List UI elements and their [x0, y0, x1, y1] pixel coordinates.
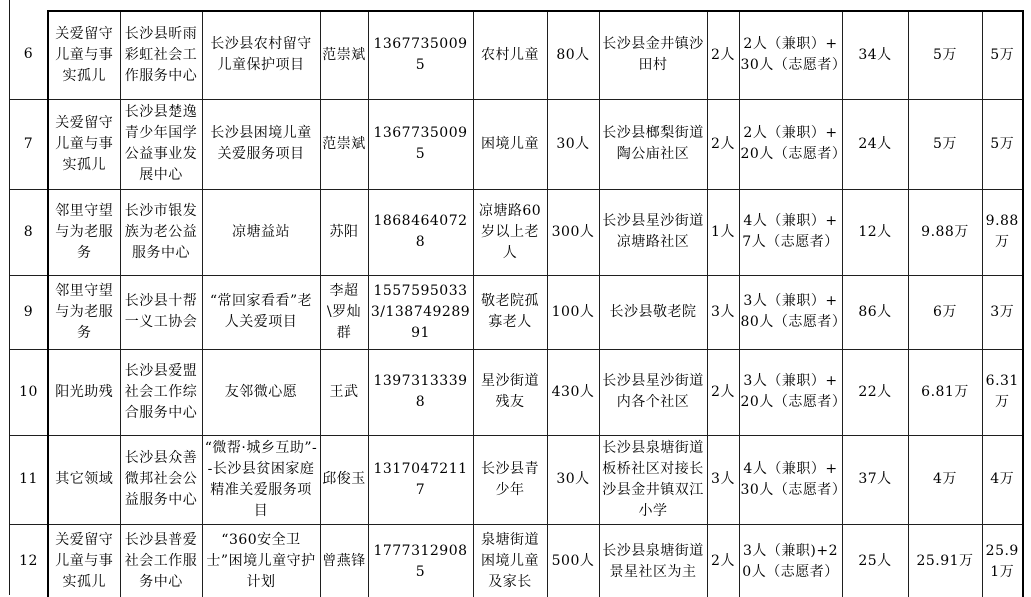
cell-amount-2: 5万	[982, 11, 1023, 99]
cell-fulltime-staff-count: 1人	[707, 189, 739, 275]
cell-organization-name: 长沙市银发族为老公益服务中心	[120, 189, 202, 275]
cell-row-number: 7	[10, 99, 48, 189]
cell-service-location: 长沙县敬老院	[599, 275, 707, 349]
cell-total-staff-count: 24人	[842, 99, 908, 189]
cell-amount-2: 6.31万	[982, 349, 1023, 435]
cell-project-name: “常回家看看”老人关爱项目	[202, 275, 320, 349]
cell-service-category: 关爱留守儿童与事实孤儿	[48, 11, 120, 99]
cell-organization-name: 长沙县十帮一义工协会	[120, 275, 202, 349]
cell-beneficiary-count: 30人	[547, 99, 599, 189]
cell-contact-person: 范崇斌	[320, 11, 368, 99]
cell-fulltime-staff-count: 2人	[707, 524, 739, 597]
cell-contact-phone: 15575950333/13874928991	[368, 275, 473, 349]
cell-row-number: 12	[10, 524, 48, 597]
cell-service-location: 长沙县金井镇沙田村	[599, 11, 707, 99]
cell-amount-1: 5万	[908, 99, 982, 189]
cell-amount-2: 4万	[982, 435, 1023, 524]
cell-amount-1: 9.88万	[908, 189, 982, 275]
cell-beneficiary-count: 100人	[547, 275, 599, 349]
cell-contact-person: 范崇斌	[320, 99, 368, 189]
cell-total-staff-count: 37人	[842, 435, 908, 524]
cell-fulltime-staff-count: 2人	[707, 99, 739, 189]
cell-contact-phone: 13170472117	[368, 435, 473, 524]
cell-total-staff-count: 25人	[842, 524, 908, 597]
table-row: 6关爱留守儿童与事实孤儿长沙县昕雨彩虹社会工作服务中心长沙县农村留守儿童保护项目…	[10, 11, 1023, 99]
cell-service-category: 阳光助残	[48, 349, 120, 435]
cell-target-group: 星沙街道残友	[473, 349, 547, 435]
cell-project-name: 长沙县困境儿童关爱服务项目	[202, 99, 320, 189]
cell-parttime-volunteer-staff: 3人（兼职）+20人（志愿者）	[739, 349, 842, 435]
cell-target-group: 泉塘街道困境儿童及家长	[473, 524, 547, 597]
cell-amount-1: 6.81万	[908, 349, 982, 435]
table-body: 6关爱留守儿童与事实孤儿长沙县昕雨彩虹社会工作服务中心长沙县农村留守儿童保护项目…	[10, 11, 1023, 597]
cell-contact-person: 苏阳	[320, 189, 368, 275]
cell-target-group: 困境儿童	[473, 99, 547, 189]
document-page: 6关爱留守儿童与事实孤儿长沙县昕雨彩虹社会工作服务中心长沙县农村留守儿童保护项目…	[0, 0, 1031, 597]
cell-fulltime-staff-count: 3人	[707, 275, 739, 349]
cell-beneficiary-count: 80人	[547, 11, 599, 99]
table-row: 12关爱留守儿童与事实孤儿长沙县普爱社会工作服务中心“360安全卫士”困境儿童守…	[10, 524, 1023, 597]
cell-row-number: 6	[10, 11, 48, 99]
cell-project-name: “微帮·城乡互助”--长沙县贫困家庭精准关爱服务项目	[202, 435, 320, 524]
cell-target-group: 凉塘路60岁以上老人	[473, 189, 547, 275]
cell-service-location: 长沙县星沙街道内各个社区	[599, 349, 707, 435]
cell-total-staff-count: 22人	[842, 349, 908, 435]
cell-fulltime-staff-count: 2人	[707, 11, 739, 99]
cell-organization-name: 长沙县爱盟社会工作综合服务中心	[120, 349, 202, 435]
cell-total-staff-count: 34人	[842, 11, 908, 99]
cell-row-number: 10	[10, 349, 48, 435]
cell-contact-person: 邱俊玉	[320, 435, 368, 524]
cell-contact-phone: 13677350095	[368, 11, 473, 99]
cell-contact-person: 曾燕锋	[320, 524, 368, 597]
cell-amount-2: 3万	[982, 275, 1023, 349]
cell-target-group: 农村儿童	[473, 11, 547, 99]
cell-row-number: 11	[10, 435, 48, 524]
cell-organization-name: 长沙县昕雨彩虹社会工作服务中心	[120, 11, 202, 99]
cell-contact-phone: 17773129085	[368, 524, 473, 597]
cell-organization-name: 长沙县众善微邦社会公益服务中心	[120, 435, 202, 524]
cell-target-group: 长沙县青少年	[473, 435, 547, 524]
cell-contact-person: 王武	[320, 349, 368, 435]
cell-amount-1: 25.91万	[908, 524, 982, 597]
cell-organization-name: 长沙县楚逸青少年国学公益事业发展中心	[120, 99, 202, 189]
cell-amount-2: 5万	[982, 99, 1023, 189]
cell-total-staff-count: 12人	[842, 189, 908, 275]
cell-parttime-volunteer-staff: 3人（兼职)+20人（志愿者）	[739, 524, 842, 597]
cell-fulltime-staff-count: 3人	[707, 435, 739, 524]
cell-service-location: 长沙县榔梨街道陶公庙社区	[599, 99, 707, 189]
cell-row-number: 8	[10, 189, 48, 275]
service-projects-table: 6关爱留守儿童与事实孤儿长沙县昕雨彩虹社会工作服务中心长沙县农村留守儿童保护项目…	[10, 10, 1024, 597]
cell-amount-1: 6万	[908, 275, 982, 349]
cell-amount-1: 5万	[908, 11, 982, 99]
cell-total-staff-count: 86人	[842, 275, 908, 349]
cell-amount-2: 9.88万	[982, 189, 1023, 275]
cell-service-location: 长沙县星沙街道凉塘路社区	[599, 189, 707, 275]
cell-service-category: 邻里守望与为老服务	[48, 189, 120, 275]
cell-contact-phone: 13677350095	[368, 99, 473, 189]
cell-parttime-volunteer-staff: 4人（兼职）+30人（志愿者）	[739, 435, 842, 524]
cell-service-category: 关爱留守儿童与事实孤儿	[48, 524, 120, 597]
cell-parttime-volunteer-staff: 3人（兼职）+80人（志愿者）	[739, 275, 842, 349]
cell-service-category: 邻里守望与为老服务	[48, 275, 120, 349]
cell-project-name: 长沙县农村留守儿童保护项目	[202, 11, 320, 99]
table-row: 10阳光助残长沙县爱盟社会工作综合服务中心友邻微心愿王武13973133398星…	[10, 349, 1023, 435]
cell-project-name: 友邻微心愿	[202, 349, 320, 435]
cell-contact-person: 李超\罗灿群	[320, 275, 368, 349]
cell-beneficiary-count: 300人	[547, 189, 599, 275]
cell-contact-phone: 13973133398	[368, 349, 473, 435]
cell-amount-1: 4万	[908, 435, 982, 524]
cell-project-name: 凉塘益站	[202, 189, 320, 275]
table-row: 7关爱留守儿童与事实孤儿长沙县楚逸青少年国学公益事业发展中心长沙县困境儿童关爱服…	[10, 99, 1023, 189]
cell-organization-name: 长沙县普爱社会工作服务中心	[120, 524, 202, 597]
table-row: 11其它领域长沙县众善微邦社会公益服务中心“微帮·城乡互助”--长沙县贫困家庭精…	[10, 435, 1023, 524]
table-row: 9邻里守望与为老服务长沙县十帮一义工协会“常回家看看”老人关爱项目李超\罗灿群1…	[10, 275, 1023, 349]
cell-contact-phone: 18684640728	[368, 189, 473, 275]
cell-amount-2: 25.91万	[982, 524, 1023, 597]
cell-beneficiary-count: 430人	[547, 349, 599, 435]
cell-project-name: “360安全卫士”困境儿童守护计划	[202, 524, 320, 597]
cell-parttime-volunteer-staff: 2人（兼职）+30人（志愿者）	[739, 11, 842, 99]
cell-service-location: 长沙县泉塘街道景星社区为主	[599, 524, 707, 597]
cell-target-group: 敬老院孤寡老人	[473, 275, 547, 349]
table-row: 8邻里守望与为老服务长沙市银发族为老公益服务中心凉塘益站苏阳1868464072…	[10, 189, 1023, 275]
cell-row-number: 9	[10, 275, 48, 349]
cell-fulltime-staff-count: 2人	[707, 349, 739, 435]
cell-parttime-volunteer-staff: 2人（兼职）+20人（志愿者）	[739, 99, 842, 189]
cell-parttime-volunteer-staff: 4人（兼职）+7人（志愿者）	[739, 189, 842, 275]
cell-service-category: 关爱留守儿童与事实孤儿	[48, 99, 120, 189]
cell-service-category: 其它领域	[48, 435, 120, 524]
cell-beneficiary-count: 500人	[547, 524, 599, 597]
cell-beneficiary-count: 30人	[547, 435, 599, 524]
cell-service-location: 长沙县泉塘街道板桥社区对接长沙县金井镇双江小学	[599, 435, 707, 524]
